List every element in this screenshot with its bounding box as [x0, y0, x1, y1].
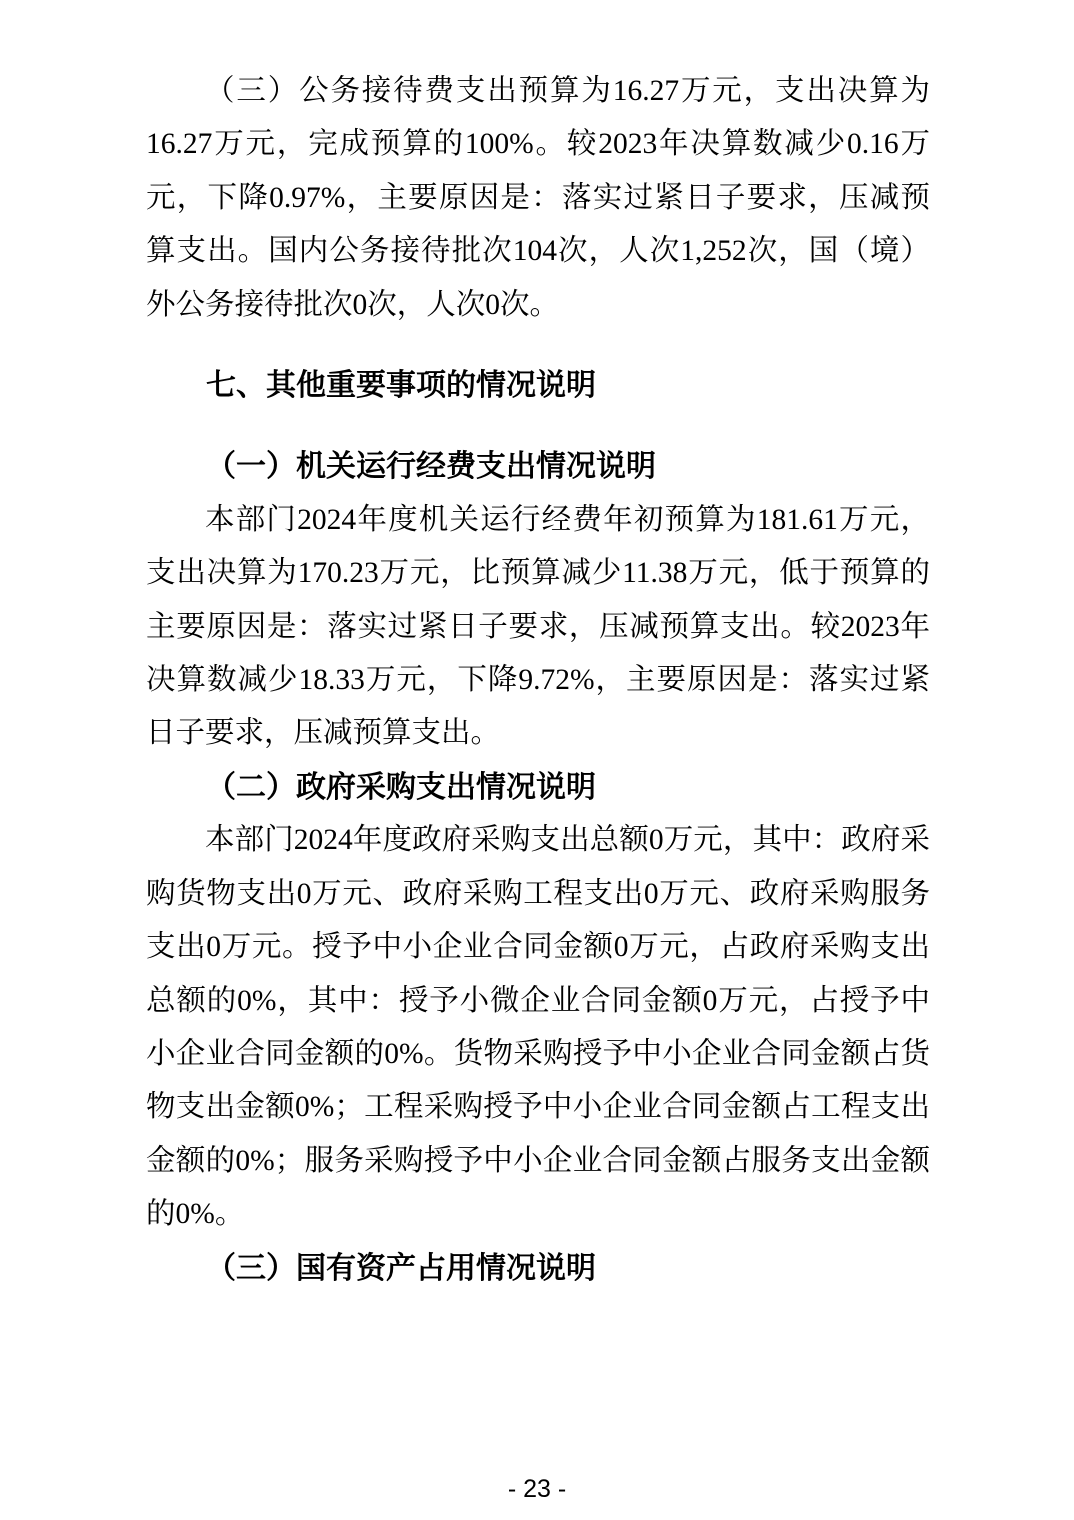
- para-gov-procurement: 本部门2024年度政府采购支出总额0万元，其中：政府采购货物支出0万元、政府采购…: [146, 814, 930, 1241]
- heading-other-important-items: 七、其他重要事项的情况说明: [146, 359, 930, 412]
- heading-gov-procurement: （二）政府采购支出情况说明: [146, 761, 930, 814]
- heading-agency-operating-expense: （一）机关运行经费支出情况说明: [146, 440, 930, 493]
- document-page: （三）公务接待费支出预算为16.27万元，支出决算为16.27万元，完成预算的1…: [0, 0, 1074, 1520]
- para-official-reception-expense: （三）公务接待费支出预算为16.27万元，支出决算为16.27万元，完成预算的1…: [146, 65, 930, 332]
- heading-state-assets: （三）国有资产占用情况说明: [146, 1242, 930, 1295]
- page-number: - 23 -: [0, 1474, 1074, 1504]
- page-content: （三）公务接待费支出预算为16.27万元，支出决算为16.27万元，完成预算的1…: [146, 65, 930, 1295]
- para-agency-operating-expense: 本部门2024年度机关运行经费年初预算为181.61万元，支出决算为170.23…: [146, 494, 930, 761]
